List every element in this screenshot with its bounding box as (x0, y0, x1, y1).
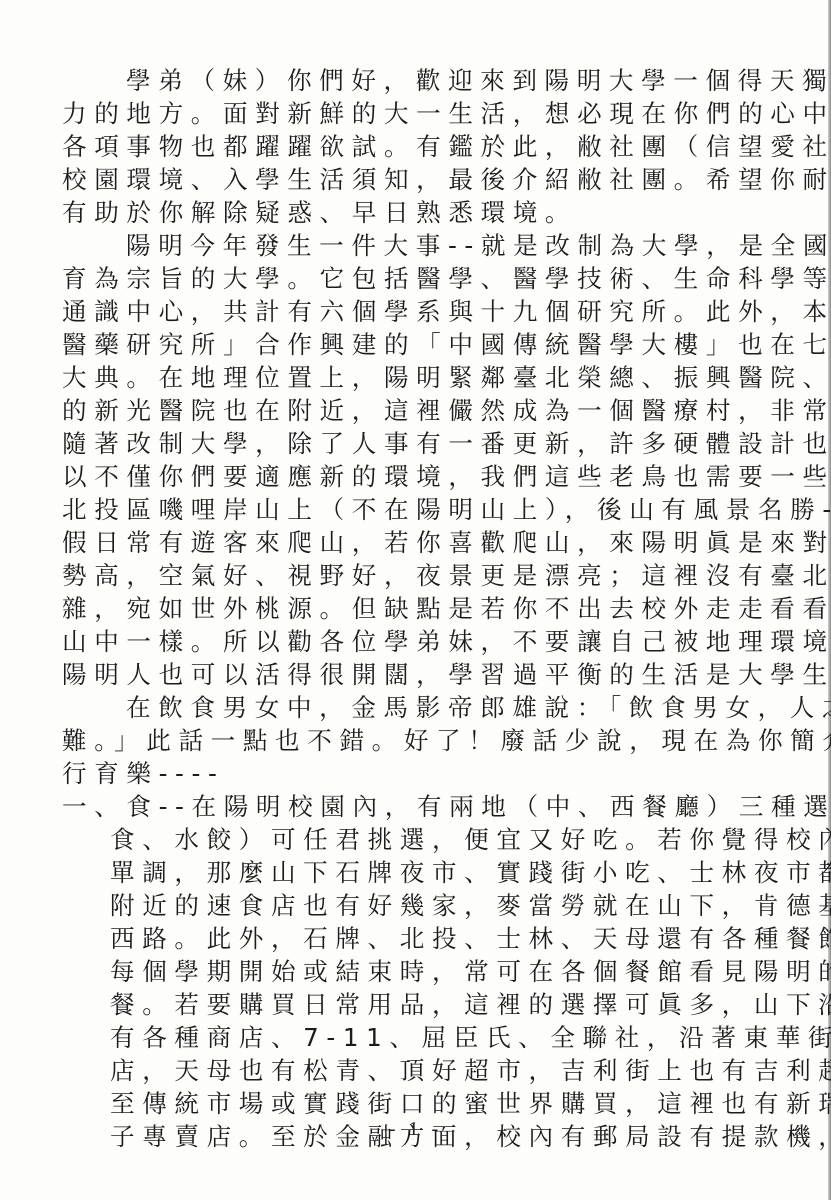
text-line: 餐。若要購買日常用品，這裡的選擇可眞多，山下沿著石牌路兩旁 (62, 988, 752, 1021)
text-line: 在飲食男女中，金馬影帝郎雄說：「飲食男女，人之大欲，不想也 (62, 691, 752, 724)
page-number: - 1 - (0, 1118, 831, 1141)
text-line: 陽明人也可以活得很開闊，學習過平衡的生活是大學生應該去努力的。 (62, 658, 752, 691)
text-line: 附近的速食店也有好幾家，麥當勞就在山下，肯德基、溫娣在天母 (62, 889, 752, 922)
text-line: 的新光醫院也在附近，這裡儼然成為一個醫療村，非常具有發展潛力。 (62, 394, 752, 427)
text-line: 各項事物也都躍躍欲試。有鑑於此，敝社團（信望愛社）特地為你簡介 (62, 130, 752, 163)
text-line: 每個學期開始或結束時，常可在各個餐館看見陽明的學生去家族聚 (62, 955, 752, 988)
text-line: 有助於你解除疑惑、早日熟悉環境。 (62, 196, 752, 229)
text-line: 力的地方。面對新鮮的大一生活，想必現在你們的心中一定很好奇，對 (62, 97, 752, 130)
text-line: 食、水餃）可任君挑選，便宜又好吃。若你覺得校內飲食吃久了太 (62, 823, 752, 856)
text-line: 北投區嘰哩岸山上（不在陽明山上），後山有風景名勝--軍艦岩，遇到 (62, 493, 752, 526)
text-line: 雜，宛如世外桃源。但缺點是若你不出去校外走走看看，還眞像隱居在 (62, 592, 752, 625)
text-line: 陽明今年發生一件大事--就是改制為大學，是全國第一所以醫學教 (62, 229, 752, 262)
text-line: 山中一樣。所以勸各位學弟妹，不要讓自己被地理環境、課業限制住， (62, 625, 752, 658)
text-line: 校園環境、入學生活須知，最後介紹敝社團。希望你耐心地看完它，將 (62, 163, 752, 196)
text-line: 行育樂---- (62, 757, 752, 790)
text-line: 醫藥研究所」合作興建的「中國傳統醫學大樓」也在七月二日舉行上樑 (62, 328, 752, 361)
text-line: 以不僅你們要適應新的環境，我們這些老鳥也需要一些調適。陽明地處 (62, 460, 752, 493)
text-line: 至傳統市場或實踐街口的蜜世界購買，這裡也有新瑞電子、全國電 (62, 1087, 752, 1120)
text-line: 西路。此外，石牌、北投、士林、天母還有各種餐館可供選擇。在 (62, 922, 752, 955)
text-line: 難。」此話一點也不錯。好了！廢話少說，現在為你簡介陽明的食衣住 (62, 724, 752, 757)
text-line: 有各種商店、7-11、屈臣氏、全聯社，沿著東華街可至家樂福量販 (62, 1021, 752, 1054)
document-body: 學弟（妹）你們好，歡迎來到陽明大學一個得天獨厚、充滿朝氣活 力的地方。面對新鮮的… (62, 64, 752, 1153)
text-line: 學弟（妹）你們好，歡迎來到陽明大學一個得天獨厚、充滿朝氣活 (62, 64, 752, 97)
text-line: 通識中心，共計有六個學系與十九個研究所。此外，本校與「國立中國 (62, 295, 752, 328)
text-line: 育為宗旨的大學。它包括醫學、醫學技術、生命科學等三個學院及一個 (62, 262, 752, 295)
text-line: 假日常有遊客來爬山，若你喜歡爬山，來陽明眞是來對了。因為學校地 (62, 526, 752, 559)
text-line: 店，天母也有松青、頂好超市，吉利街上也有吉利超市，買水果可 (62, 1054, 752, 1087)
text-line: 單調，那麼山下石牌夜市、實踐街小吃、士林夜市都是絕佳去處。 (62, 856, 752, 889)
text-line: 隨著改制大學，除了人事有一番更新，許多硬體設計也有些許改變，所 (62, 427, 752, 460)
text-line: 勢高，空氣好、視野好，夜景更是漂亮；這裡沒有臺北市的汙濁、吵 (62, 559, 752, 592)
list-item-heading: 一、食--在陽明校園內，有兩地（中、西餐廳）三種選擇（自助餐、麵 (62, 790, 752, 823)
text-line: 大典。在地理位置上，陽明緊鄰臺北榮總、振興醫院、臺北護專，士林 (62, 361, 752, 394)
